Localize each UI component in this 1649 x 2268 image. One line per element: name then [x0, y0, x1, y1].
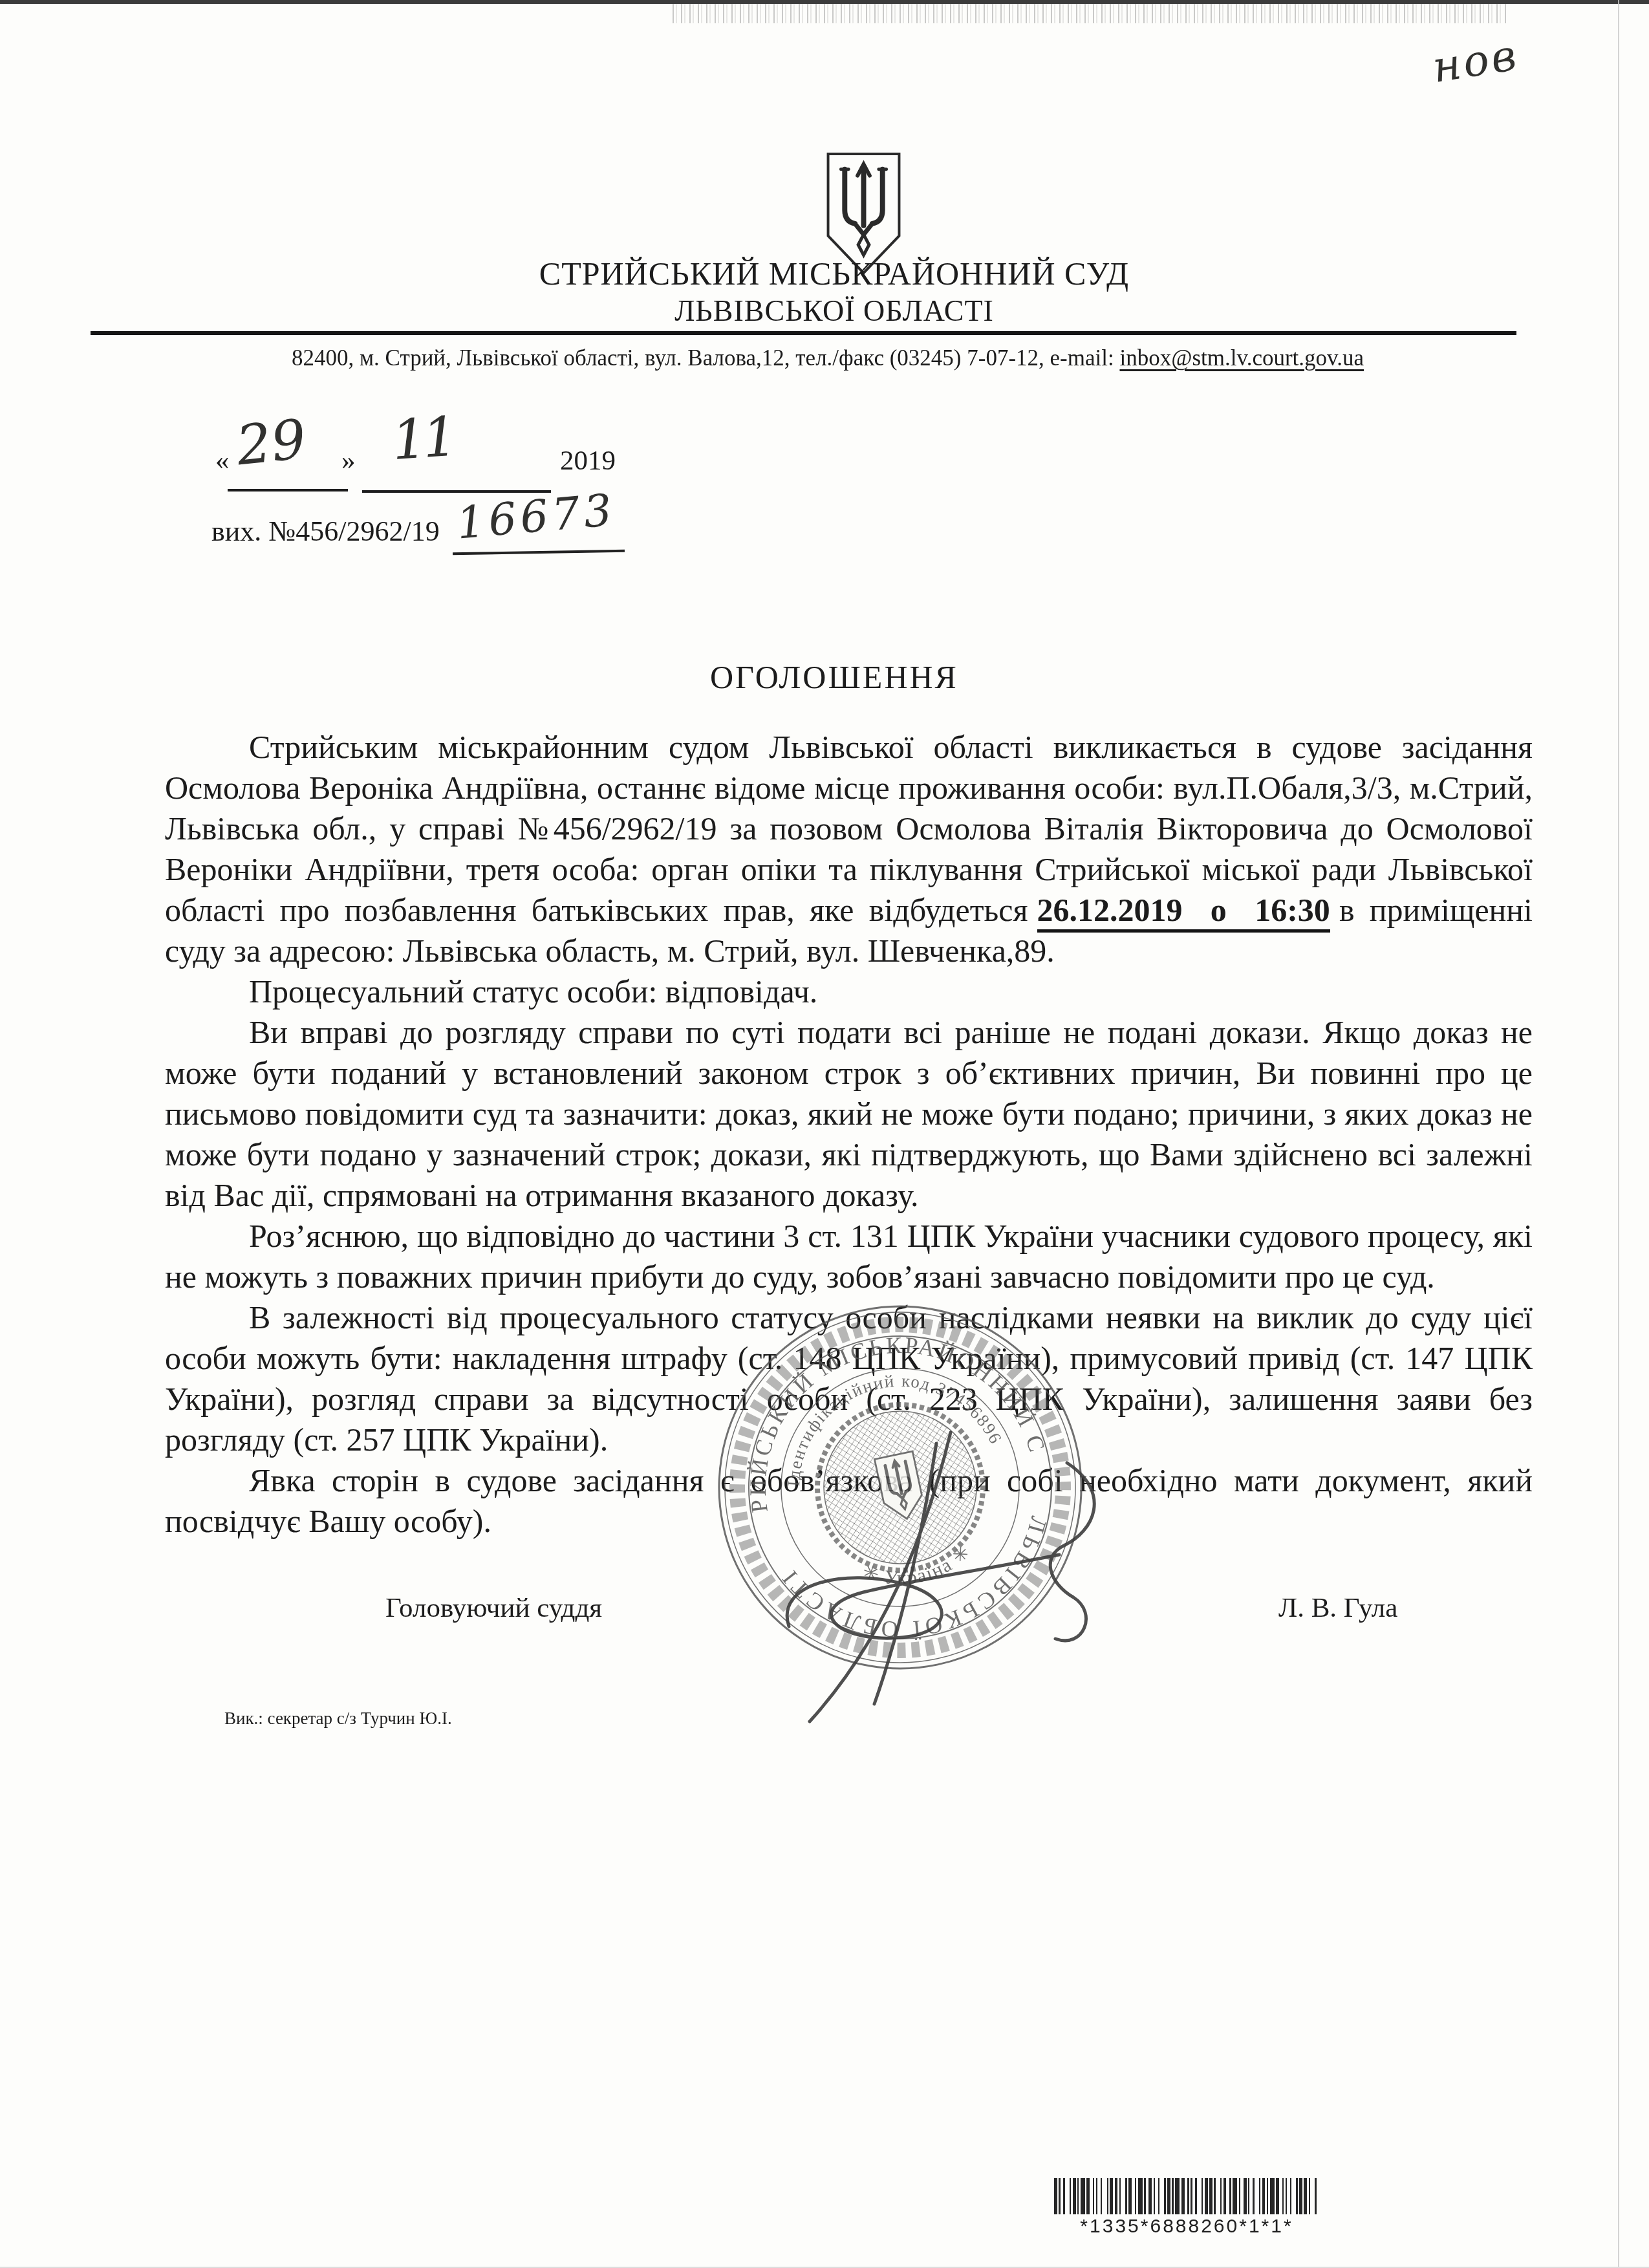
court-seal: СТРИЙСЬКИЙ МІСЬКРАЙОННИЙ СУД ЛЬВІВСЬКОЇ … [698, 1300, 1115, 1709]
scan-edge-artifact-right [1618, 0, 1619, 2268]
paragraph-summons: Стрийським міськрайонним судом Львівсько… [165, 727, 1533, 971]
scanned-court-notice-page: нов СТРИЙСЬКИЙ МІСЬКРАЙОННИЙ СУД ЛЬВІВСЬ… [0, 0, 1649, 2268]
hearing-datetime: 26.12.2019 о 16:30 [1037, 892, 1330, 933]
handwritten-day: 29 [234, 412, 308, 473]
court-seal-and-signature: СТРИЙСЬКИЙ МІСЬКРАЙОННИЙ СУД ЛЬВІВСЬКОЇ … [698, 1300, 1125, 1753]
court-name-line2: ЛЬВІВСЬКОЇ ОБЛАСТІ [0, 294, 1649, 328]
barcode-caption: *1335*6888260*1*1* [1054, 2216, 1319, 2238]
paragraph-article-131: Роз’яснюю, що відповідно до частини 3 ст… [165, 1216, 1533, 1297]
document-barcode [1054, 2178, 1319, 2214]
date-day-underline [228, 489, 348, 491]
court-address-line: 82400, м. Стрий, Львівської області, вул… [116, 345, 1539, 371]
header-divider-rule [91, 331, 1516, 335]
date-year: 2019 [560, 445, 616, 477]
paragraph-status: Процесуальний статус особи: відповідач. [165, 971, 1533, 1012]
date-open-quote: « [215, 445, 230, 477]
document-title: ОГОЛОШЕННЯ [0, 658, 1649, 696]
handwritten-outgoing-number: 16673 [455, 488, 618, 546]
court-email: inbox@stm.lv.court.gov.ua [1119, 345, 1364, 371]
paragraph-evidence: Ви вправі до розгляду справи по суті под… [165, 1012, 1533, 1216]
handwritten-month: 11 [390, 409, 455, 468]
judge-name: Л. В. Гула [1278, 1592, 1397, 1624]
scan-noise-band [673, 4, 1507, 23]
outgoing-number-label: вих. №456/2962/19 [211, 515, 440, 548]
handwritten-corner-note: нов [1430, 34, 1522, 89]
court-name-line1: СТРИЙСЬКИЙ МІСЬКРАЙОННИЙ СУД [0, 255, 1649, 292]
outgoing-number-underline [453, 550, 625, 556]
executor-line: Вик.: секретар с/з Турчин Ю.І. [224, 1709, 452, 1729]
date-close-quote: » [341, 445, 356, 477]
judge-role-label: Головуючий суддя [385, 1592, 602, 1624]
address-text: 82400, м. Стрий, Львівської області, вул… [292, 345, 1120, 371]
